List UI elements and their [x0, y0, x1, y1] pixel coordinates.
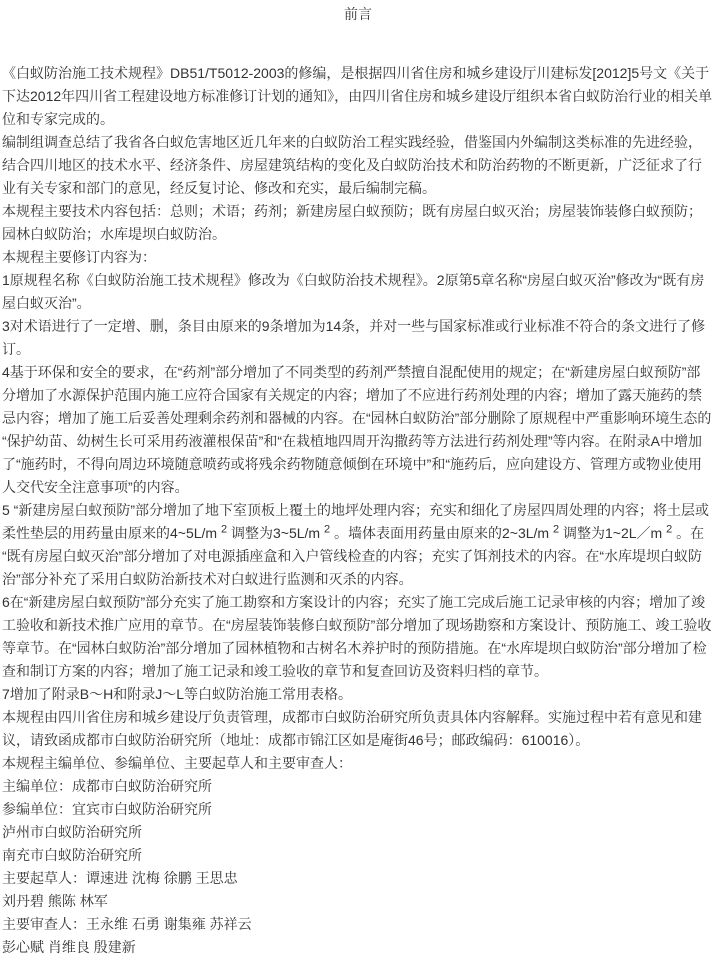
paragraph: 刘丹碧 熊陈 林军	[2, 890, 714, 913]
paragraph: 主要起草人：谭速进 沈梅 徐鹏 王思忠	[2, 867, 714, 890]
page-title: 前言	[2, 3, 714, 26]
paragraph: 南充市白蚁防治研究所	[2, 844, 714, 867]
paragraph: 泸州市白蚁防治研究所	[2, 821, 714, 844]
paragraph: 主编单位：成都市白蚁防治研究所	[2, 775, 714, 798]
paragraph: 本规程主编单位、参编单位、主要起草人和主要审查人：	[2, 752, 714, 775]
paragraph: 3对术语进行了一定增、删，条目由原来的9条增加为14条，并对一些与国家标准或行业…	[2, 315, 714, 361]
paragraph: 本规程主要技术内容包括：总则；术语；药剂；新建房屋白蚁预防；既有房屋白蚁灭治；房…	[2, 200, 714, 246]
paragraph: 参编单位：宜宾市白蚁防治研究所	[2, 798, 714, 821]
paragraph: 本规程主要修订内容为：	[2, 246, 714, 269]
paragraph: 本规程由四川省住房和城乡建设厅负责管理，成都市白蚁防治研究所负责具体内容解释。实…	[2, 706, 714, 752]
paragraph: 4基于环保和安全的要求，在“药剂”部分增加了不同类型的药剂严禁擅自混配使用的规定…	[2, 361, 714, 499]
text-run: 调整为3~5L/m	[227, 525, 324, 541]
paragraph: 5 “新建房屋白蚁预防”部分增加了地下室顶板上覆土的地坪处理内容；充实和细化了房…	[2, 499, 714, 591]
text-run: 。墙体表面用药量由原来的2~3L/m	[330, 525, 553, 541]
text-run: 调整为1~2L／m	[559, 525, 666, 541]
paragraph: 《白蚁防治施工技术规程》DB51/T5012-2003的修编，是根据四川省住房和…	[2, 62, 714, 131]
paragraph: 1原规程名称《白蚁防治施工技术规程》修改为《白蚁防治技术规程》。2原第5章名称“…	[2, 269, 714, 315]
paragraph: 6在“新建房屋白蚁预防”部分充实了施工勘察和方案设计的内容；充实了施工完成后施工…	[2, 591, 714, 683]
paragraph: 编制组调查总结了我省各白蚁危害地区近几年来的白蚁防治工程实践经验，借鉴国内外编制…	[2, 131, 714, 200]
preface-document: 前言 《白蚁防治施工技术规程》DB51/T5012-2003的修编，是根据四川省…	[0, 0, 718, 965]
paragraph: 7增加了附录B～H和附录J～L等白蚁防治施工常用表格。	[2, 683, 714, 706]
paragraph: 彭心赋 肖维良 殷建新	[2, 936, 714, 959]
paragraph: 主要审查人：王永维 石勇 谢集雍 苏祥云	[2, 913, 714, 936]
preface-body: 《白蚁防治施工技术规程》DB51/T5012-2003的修编，是根据四川省住房和…	[2, 62, 714, 959]
